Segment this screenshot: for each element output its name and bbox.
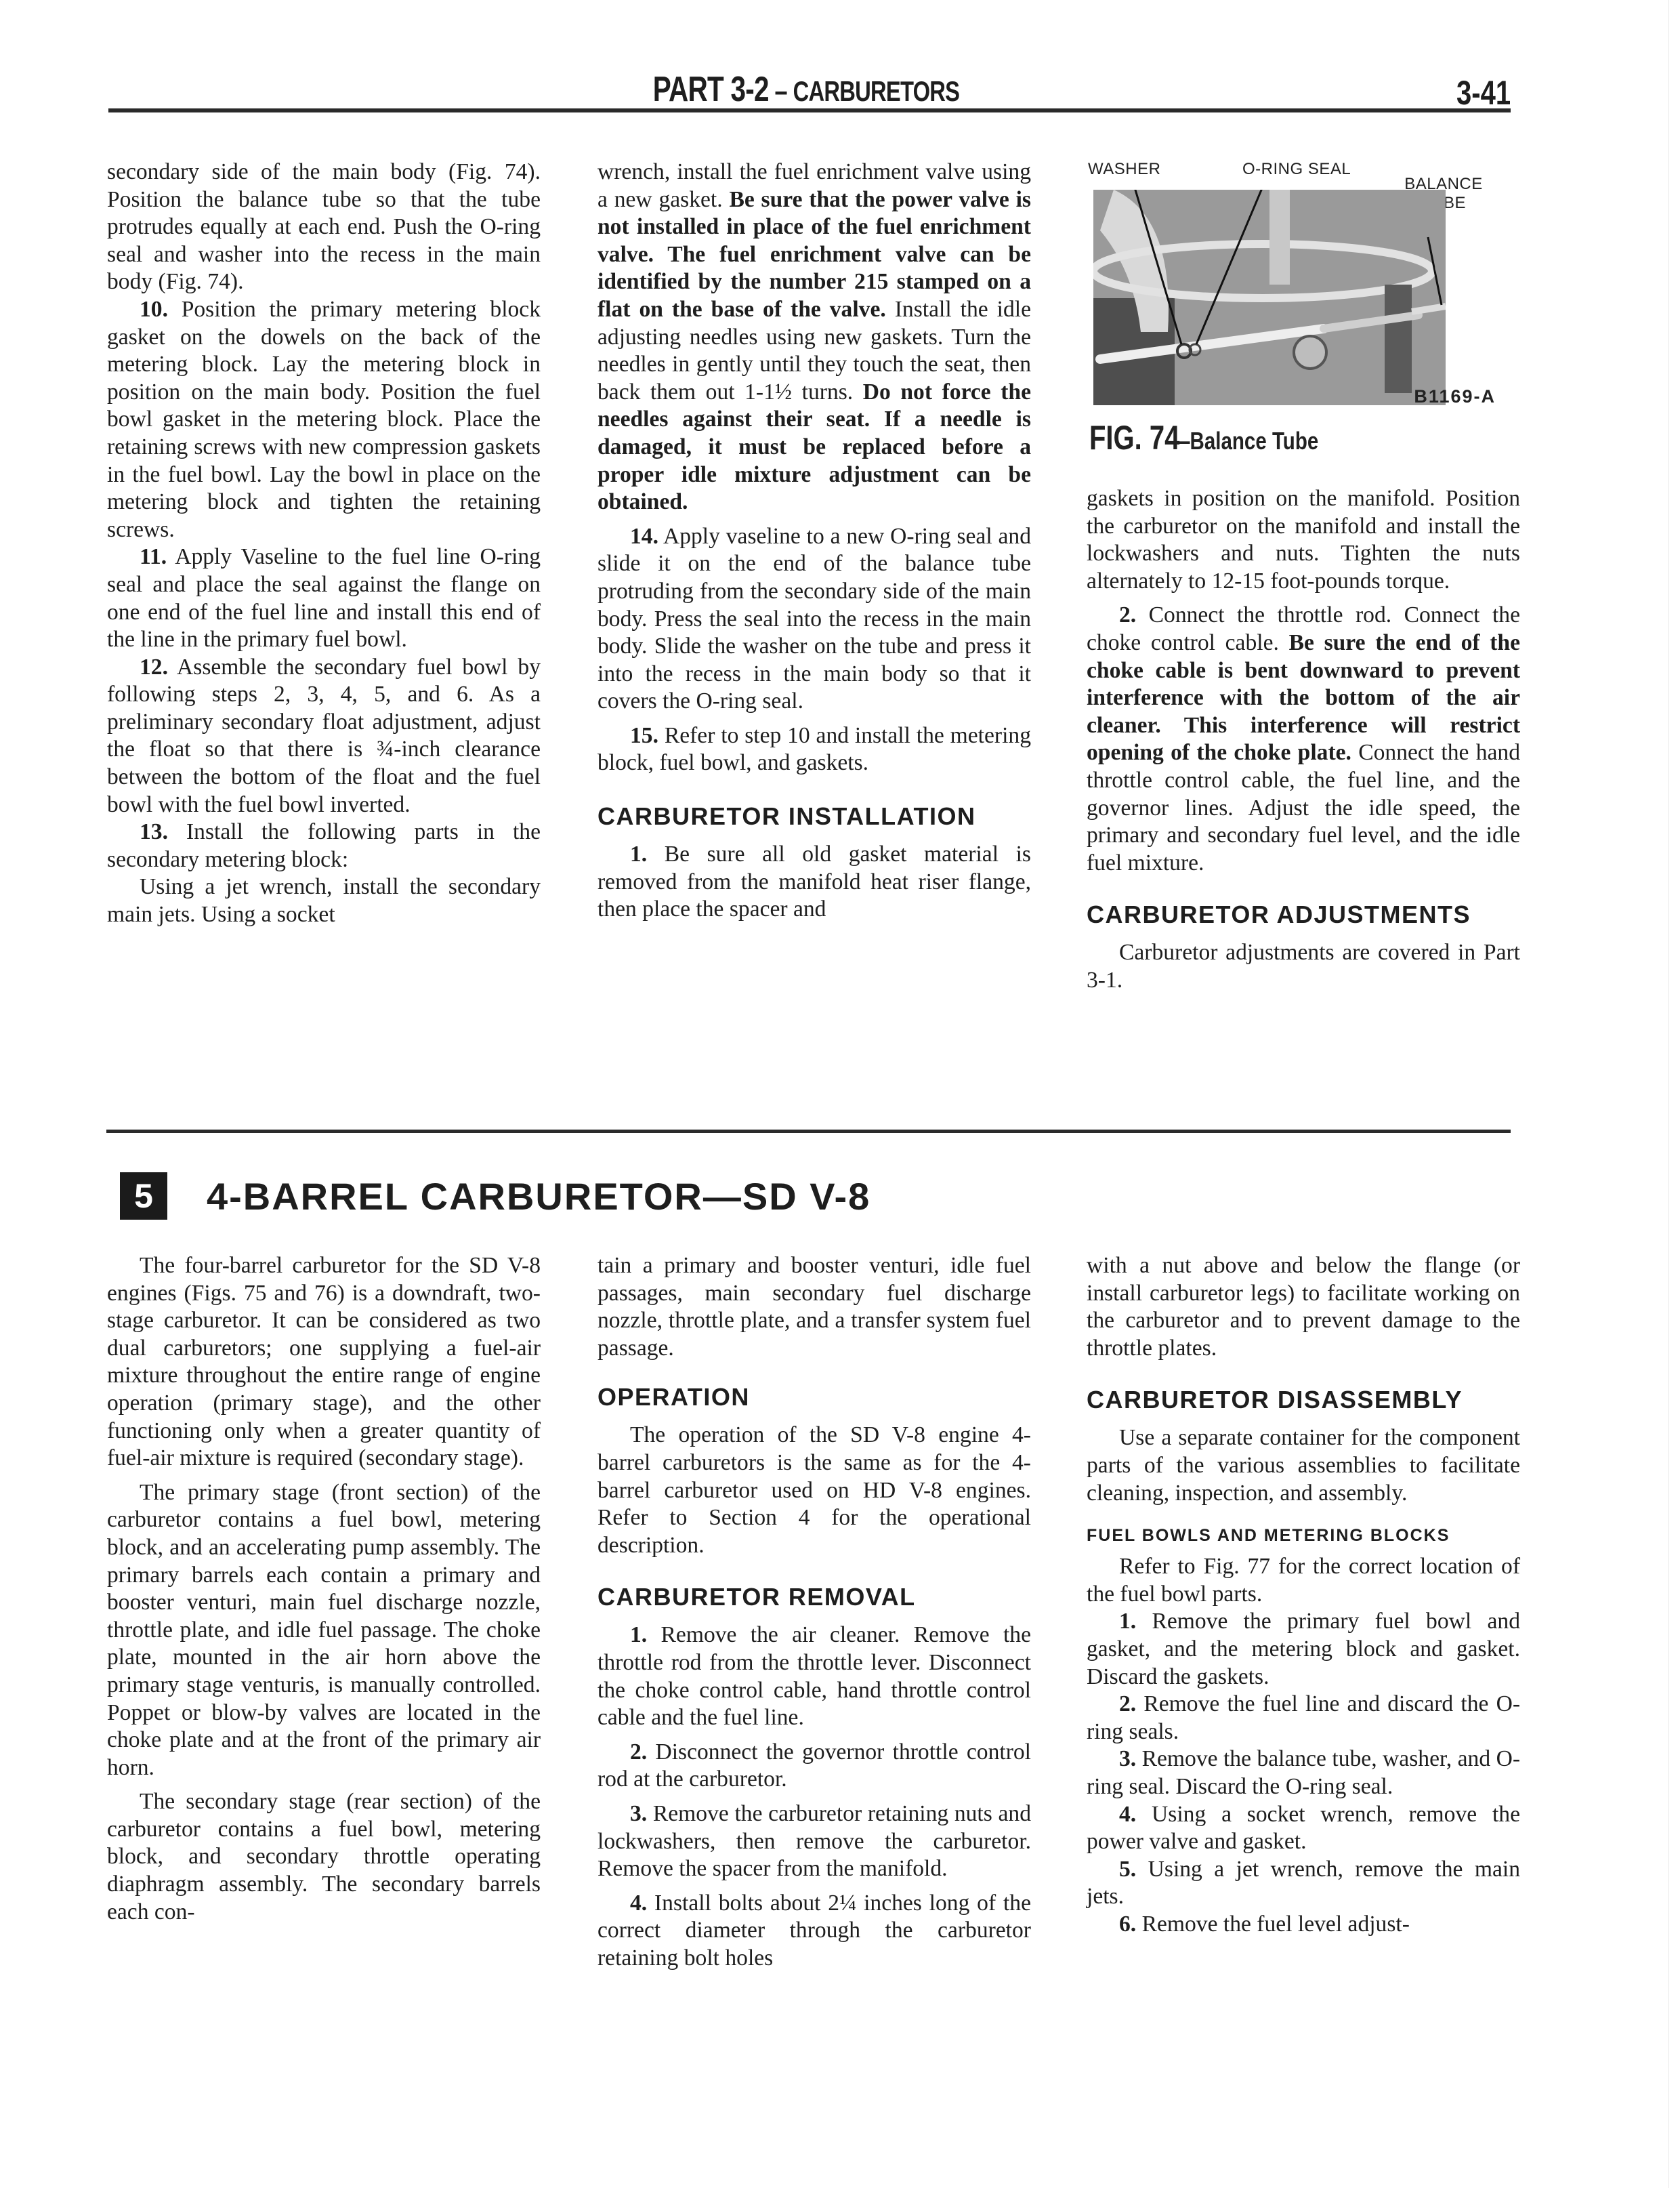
figure-title: —Balance Tube [1170, 427, 1318, 455]
balance-tube-illustration [1093, 190, 1446, 405]
step-number: 5. [1119, 1857, 1136, 1882]
step-number: 2. [1119, 1691, 1136, 1716]
installation-step-1: 1. Be sure all old gasket material is re… [597, 841, 1031, 924]
disassembly-step-2: 2. Remove the fuel line and discard the … [1087, 1691, 1520, 1746]
step-text: Install the following parts in the secon… [107, 819, 541, 872]
step-number: 15. [630, 723, 658, 748]
step-number: 2. [630, 1739, 647, 1764]
step-number: 2. [1119, 602, 1136, 627]
figure-74: WASHER O-RING SEAL BALANCE TUBE B1169-A … [1084, 157, 1517, 455]
topic-label: CARBURETORS [793, 75, 960, 107]
step-14: 14. Apply vaseline to a new O-ring seal … [597, 523, 1031, 716]
step-text: Be sure all old gasket material is remov… [597, 842, 1031, 922]
step-text: Apply Vaseline to the fuel line O-ring s… [107, 544, 541, 652]
paragraph: secondary side of the main body (Fig. 74… [107, 159, 541, 296]
step-number: 13. [140, 819, 168, 844]
step-10: 10. Position the primary metering block … [107, 296, 541, 543]
disassembly-step-4: 4. Using a socket wrench, remove the pow… [1087, 1801, 1520, 1856]
step-text: Disconnect the governor throttle control… [597, 1739, 1031, 1792]
step-15: 15. Refer to step 10 and install the met… [597, 722, 1031, 777]
paragraph: Carburetor adjustments are covered in Pa… [1087, 939, 1520, 994]
paragraph: Refer to Fig. 77 for the correct locatio… [1087, 1553, 1520, 1608]
step-number: 4. [1119, 1802, 1136, 1827]
section-number-badge: 5 [120, 1172, 167, 1220]
step-number: 1. [630, 1622, 647, 1647]
step-12: 12. Assemble the secondary fuel bowl by … [107, 654, 541, 819]
running-title: PART 3-2 – CARBURETORS [257, 69, 1356, 110]
section-heading-disassembly: CARBURETOR DISASSEMBLY [1087, 1385, 1520, 1415]
step-text: Using a jet wrench, remove the main jets… [1087, 1857, 1520, 1910]
step-text: Using a socket wrench, remove the power … [1087, 1802, 1520, 1855]
disassembly-step-1: 1. Remove the primary fuel bowl and gask… [1087, 1608, 1520, 1691]
step-number: 10. [140, 297, 168, 322]
figure-code: B1169-A [1414, 386, 1496, 407]
step-text: Remove the balance tube, washer, and O-r… [1087, 1746, 1520, 1799]
paragraph: Using a jet wrench, install the secondar… [107, 873, 541, 928]
removal-step-2: 2. Disconnect the governor throttle cont… [597, 1739, 1031, 1794]
label-o-ring-seal: O-RING SEAL [1242, 160, 1351, 179]
disassembly-step-5: 5. Using a jet wrench, remove the main j… [1087, 1856, 1520, 1911]
paragraph: The operation of the SD V-8 engine 4-bar… [597, 1422, 1031, 1559]
step-11: 11. Apply Vaseline to the fuel line O-ri… [107, 543, 541, 653]
step-text: Position the primary metering block gask… [107, 297, 541, 542]
paragraph: gaskets in position on the manifold. Pos… [1087, 485, 1520, 595]
figure-caption: FIG. 74—Balance Tube [1089, 418, 1351, 457]
title-dash: – [769, 75, 793, 108]
section-heading-removal: CARBURETOR REMOVAL [597, 1582, 1031, 1612]
step-number: 1. [1119, 1609, 1136, 1634]
page-header: PART 3-2 – CARBURETORS 3-41 [102, 54, 1511, 111]
label-washer: WASHER [1088, 160, 1160, 179]
page-edge [1668, 0, 1680, 2188]
lower-column-1: The four-barrel carburetor for the SD V-… [107, 1252, 541, 1926]
removal-step-1: 1. Remove the air cleaner. Remove the th… [597, 1622, 1031, 1731]
disassembly-step-6: 6. Remove the fuel level adjust- [1087, 1911, 1520, 1939]
section-divider [106, 1130, 1511, 1133]
paragraph: tain a primary and booster venturi, idle… [597, 1252, 1031, 1362]
paragraph: Use a separate container for the compone… [1087, 1424, 1520, 1507]
carburetor-photo [1093, 190, 1446, 405]
step-number: 14. [630, 524, 658, 549]
paragraph: The four-barrel carburetor for the SD V-… [107, 1252, 541, 1472]
step-text: Apply vaseline to a new O-ring seal and … [597, 524, 1031, 714]
upper-column-3: gaskets in position on the manifold. Pos… [1087, 485, 1520, 995]
section-heading-adjustments: CARBURETOR ADJUSTMENTS [1087, 900, 1520, 930]
step-13: 13. Install the following parts in the s… [107, 819, 541, 873]
lower-column-3: with a nut above and below the flange (o… [1087, 1252, 1520, 1938]
step-text: Remove the carburetor retaining nuts and… [597, 1801, 1031, 1881]
upper-column-2: wrench, install the fuel enrichment valv… [597, 159, 1031, 924]
disassembly-step-3: 3. Remove the balance tube, washer, and … [1087, 1746, 1520, 1800]
step-text: Install bolts about 2¼ inches long of th… [597, 1891, 1031, 1970]
step-text: Assemble the secondary fuel bowl by foll… [107, 655, 541, 817]
removal-step-3: 3. Remove the carburetor retaining nuts … [597, 1800, 1031, 1883]
step-number: 12. [140, 655, 168, 680]
step-text: Remove the fuel level adjust- [1136, 1912, 1410, 1937]
chapter-heading: 54-BARREL CARBURETOR—SD V-8 [120, 1172, 870, 1221]
paragraph: The secondary stage (rear section) of th… [107, 1788, 541, 1926]
installation-step-2: 2. Connect the throttle rod. Connect the… [1087, 602, 1520, 877]
step-number: 3. [1119, 1746, 1136, 1771]
subheading-fuel-bowls: FUEL BOWLS AND METERING BLOCKS [1087, 1525, 1520, 1546]
section-heading-installation: CARBURETOR INSTALLATION [597, 802, 1031, 831]
header-rule [108, 108, 1511, 112]
step-number: 3. [630, 1801, 647, 1826]
step-text: Refer to step 10 and install the meterin… [597, 723, 1031, 776]
step-number: 4. [630, 1891, 647, 1916]
step-number: 11. [140, 544, 167, 569]
step-text: Remove the fuel line and discard the O-r… [1087, 1691, 1520, 1744]
upper-column-1: secondary side of the main body (Fig. 74… [107, 159, 541, 929]
step-number: 6. [1119, 1912, 1136, 1937]
paragraph: The primary stage (front section) of the… [107, 1479, 541, 1782]
part-label: PART 3-2 [653, 70, 769, 109]
step-text: Remove the air cleaner. Remove the throt… [597, 1622, 1031, 1730]
section-heading-operation: OPERATION [597, 1382, 1031, 1412]
lower-column-2: tain a primary and booster venturi, idle… [597, 1252, 1031, 1972]
page-number: 3-41 [1456, 73, 1511, 112]
chapter-title: 4-BARREL CARBURETOR—SD V-8 [207, 1174, 870, 1218]
removal-step-4: 4. Install bolts about 2¼ inches long of… [597, 1890, 1031, 1973]
paragraph: with a nut above and below the flange (o… [1087, 1252, 1520, 1362]
figure-number: FIG. 74 [1089, 418, 1179, 457]
step-text: Remove the primary fuel bowl and gasket,… [1087, 1609, 1520, 1689]
paragraph: wrench, install the fuel enrichment valv… [597, 159, 1031, 516]
step-number: 1. [630, 842, 647, 867]
